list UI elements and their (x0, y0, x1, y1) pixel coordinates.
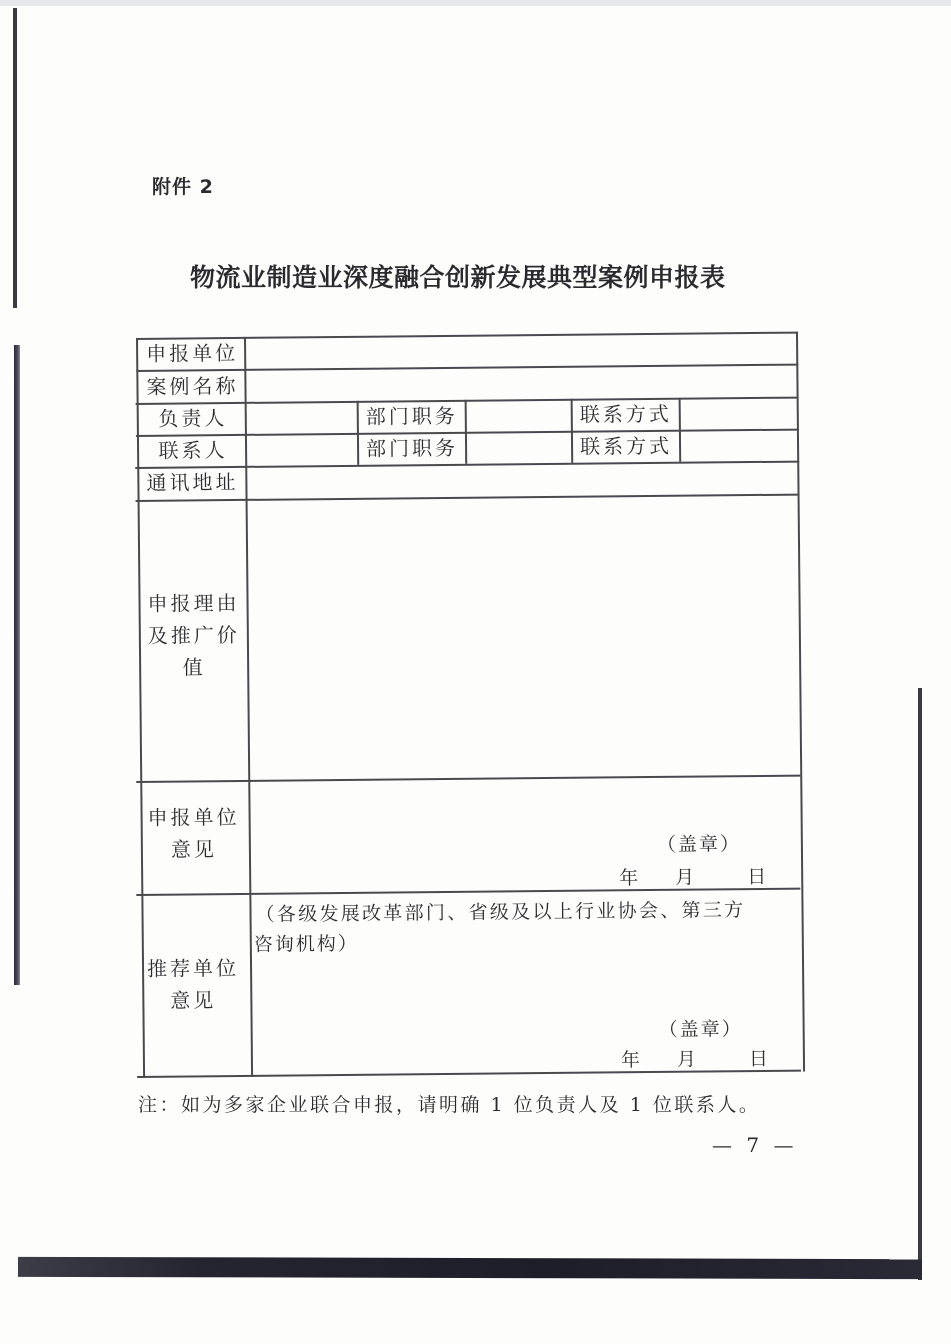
attachment-label: 附件 2 (152, 172, 214, 199)
contact-dept-field[interactable] (467, 433, 569, 464)
label-contact-method-2: 联系方式 (573, 430, 679, 463)
scan-bottom-bar (18, 1257, 922, 1279)
label-reason-line1: 申报理由 (140, 587, 246, 620)
applicant-seal-label: （盖章） (657, 829, 741, 857)
label-recommender-opinion-line2: 意见 (140, 984, 246, 1017)
scan-top-band (0, 0, 951, 6)
responsible-dept-field[interactable] (467, 401, 569, 432)
label-recommender-opinion-line1: 推荐单位 (140, 952, 246, 985)
recommender-month-label: 月 (677, 1045, 698, 1072)
label-applicant-opinion: 申报单位 意见 (140, 801, 247, 866)
applicant-year-label: 年 (619, 863, 640, 890)
recommender-seal-label: （盖章） (659, 1014, 743, 1042)
contact-method-field[interactable] (681, 431, 795, 462)
page-title: 物流业制造业深度融合创新发展典型案例申报表 (190, 258, 726, 294)
label-applicant-opinion-line2: 意见 (141, 833, 247, 866)
label-reason: 申报理由 及推广价 值 (140, 587, 247, 684)
responsible-person-field[interactable] (247, 403, 355, 434)
table-border-bottom (137, 1070, 801, 1078)
case-name-field[interactable] (246, 366, 794, 401)
contact-person-field[interactable] (247, 435, 355, 466)
applicant-month-label: 月 (675, 863, 696, 890)
label-dept-position-2: 部门职务 (359, 432, 465, 465)
footnote: 注：如为多家企业联合申报，请明确 1 位负责人及 1 位联系人。 (138, 1090, 760, 1117)
label-responsible-person: 负责人 (141, 402, 245, 435)
label-case-name: 案例名称 (140, 370, 244, 403)
label-mailing-address: 通讯地址 (139, 466, 245, 499)
scan-left-binding (14, 345, 20, 985)
responsible-contact-field[interactable] (681, 399, 795, 430)
application-form-table: 申报单位 案例名称 负责人 部门职务 联系方式 联系人 部门职务 联系方式 通讯… (130, 332, 805, 1078)
scan-left-edge (13, 8, 17, 308)
recommender-hint-line1: （各级发展改革部门、省级及以上行业协会、第三方 (255, 895, 800, 927)
recommender-hint-line2: 咨询机构） (254, 929, 359, 957)
label-dept-position-1: 部门职务 (359, 400, 465, 433)
label-contact-person: 联系人 (141, 434, 245, 467)
page-number: — 7 — (712, 1133, 797, 1157)
label-applicant-unit: 申报单位 (140, 337, 244, 370)
applicant-unit-field[interactable] (246, 334, 794, 369)
applicant-day-label: 日 (747, 862, 768, 889)
mailing-address-field[interactable] (247, 463, 795, 498)
reason-field[interactable] (248, 496, 799, 779)
recommender-opinion-field[interactable] (252, 952, 801, 1017)
label-contact-method-1: 联系方式 (573, 398, 679, 431)
scan-right-edge (918, 688, 922, 1280)
label-applicant-opinion-line1: 申报单位 (140, 801, 246, 834)
recommender-day-label: 日 (749, 1044, 770, 1071)
label-recommender-opinion: 推荐单位 意见 (140, 952, 247, 1017)
label-reason-line2: 及推广价 (141, 619, 247, 652)
recommender-year-label: 年 (621, 1045, 642, 1072)
label-reason-line3: 值 (141, 651, 247, 684)
